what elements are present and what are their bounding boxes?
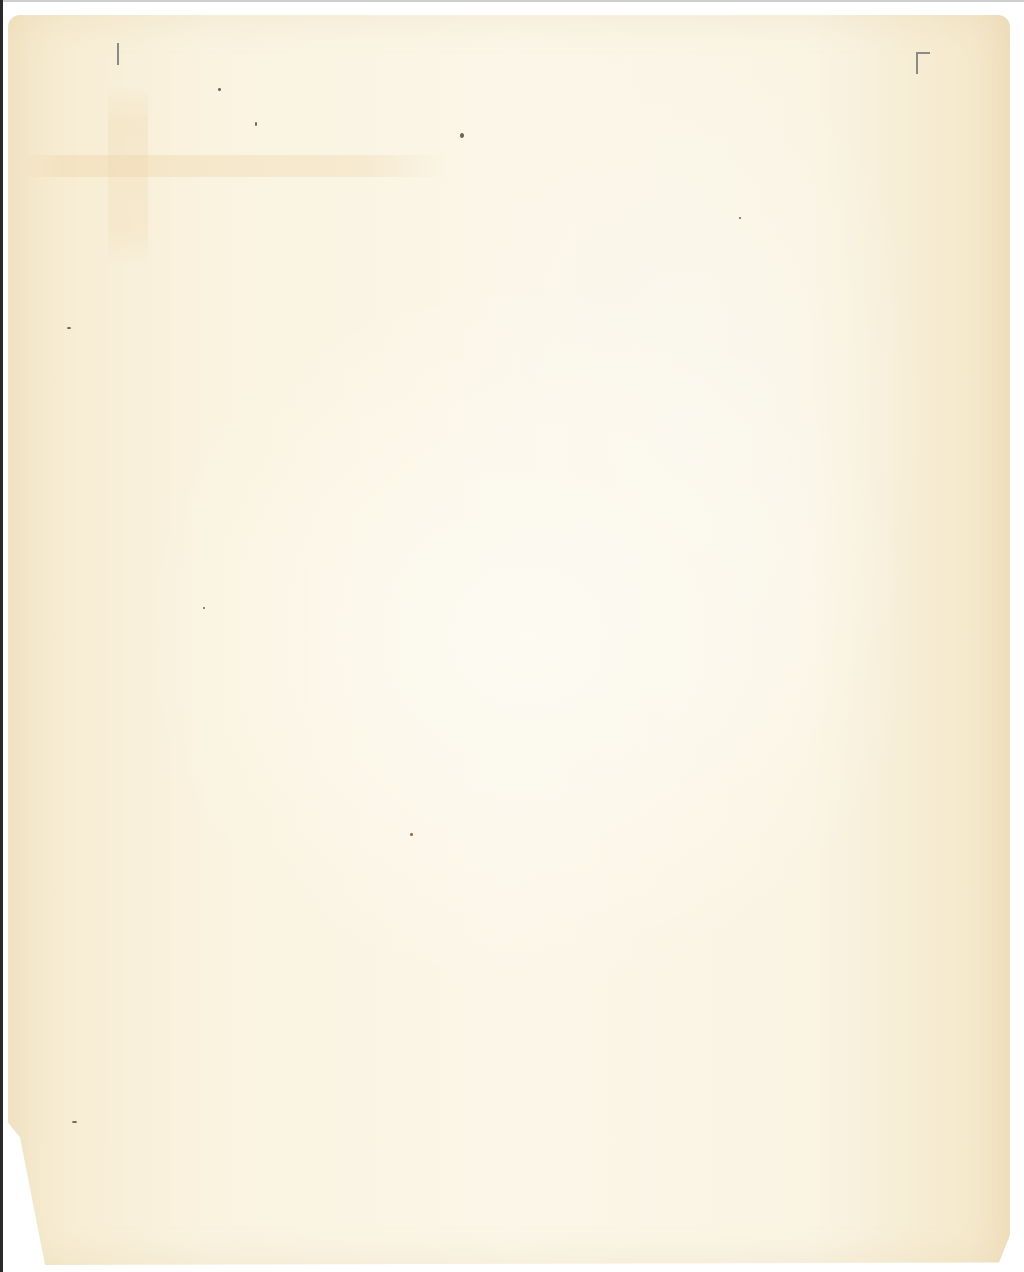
paper-speck	[67, 327, 71, 329]
staple-mark-top-right	[916, 52, 918, 74]
paper-speck	[739, 217, 741, 219]
paper-speck	[410, 833, 413, 836]
paper-speck	[218, 88, 221, 91]
paper-speck	[72, 1121, 77, 1123]
blank-paper-sheet	[8, 15, 1010, 1265]
paper-speck	[203, 607, 205, 609]
staple-mark-top-right-bar	[916, 52, 930, 54]
scan-left-edge	[0, 0, 3, 1272]
staple-mark-top-left	[117, 43, 119, 65]
paper-speck	[255, 122, 257, 126]
scan-canvas	[0, 0, 1024, 1272]
scan-top-edge	[0, 0, 1024, 2]
paper-speck	[460, 133, 464, 138]
